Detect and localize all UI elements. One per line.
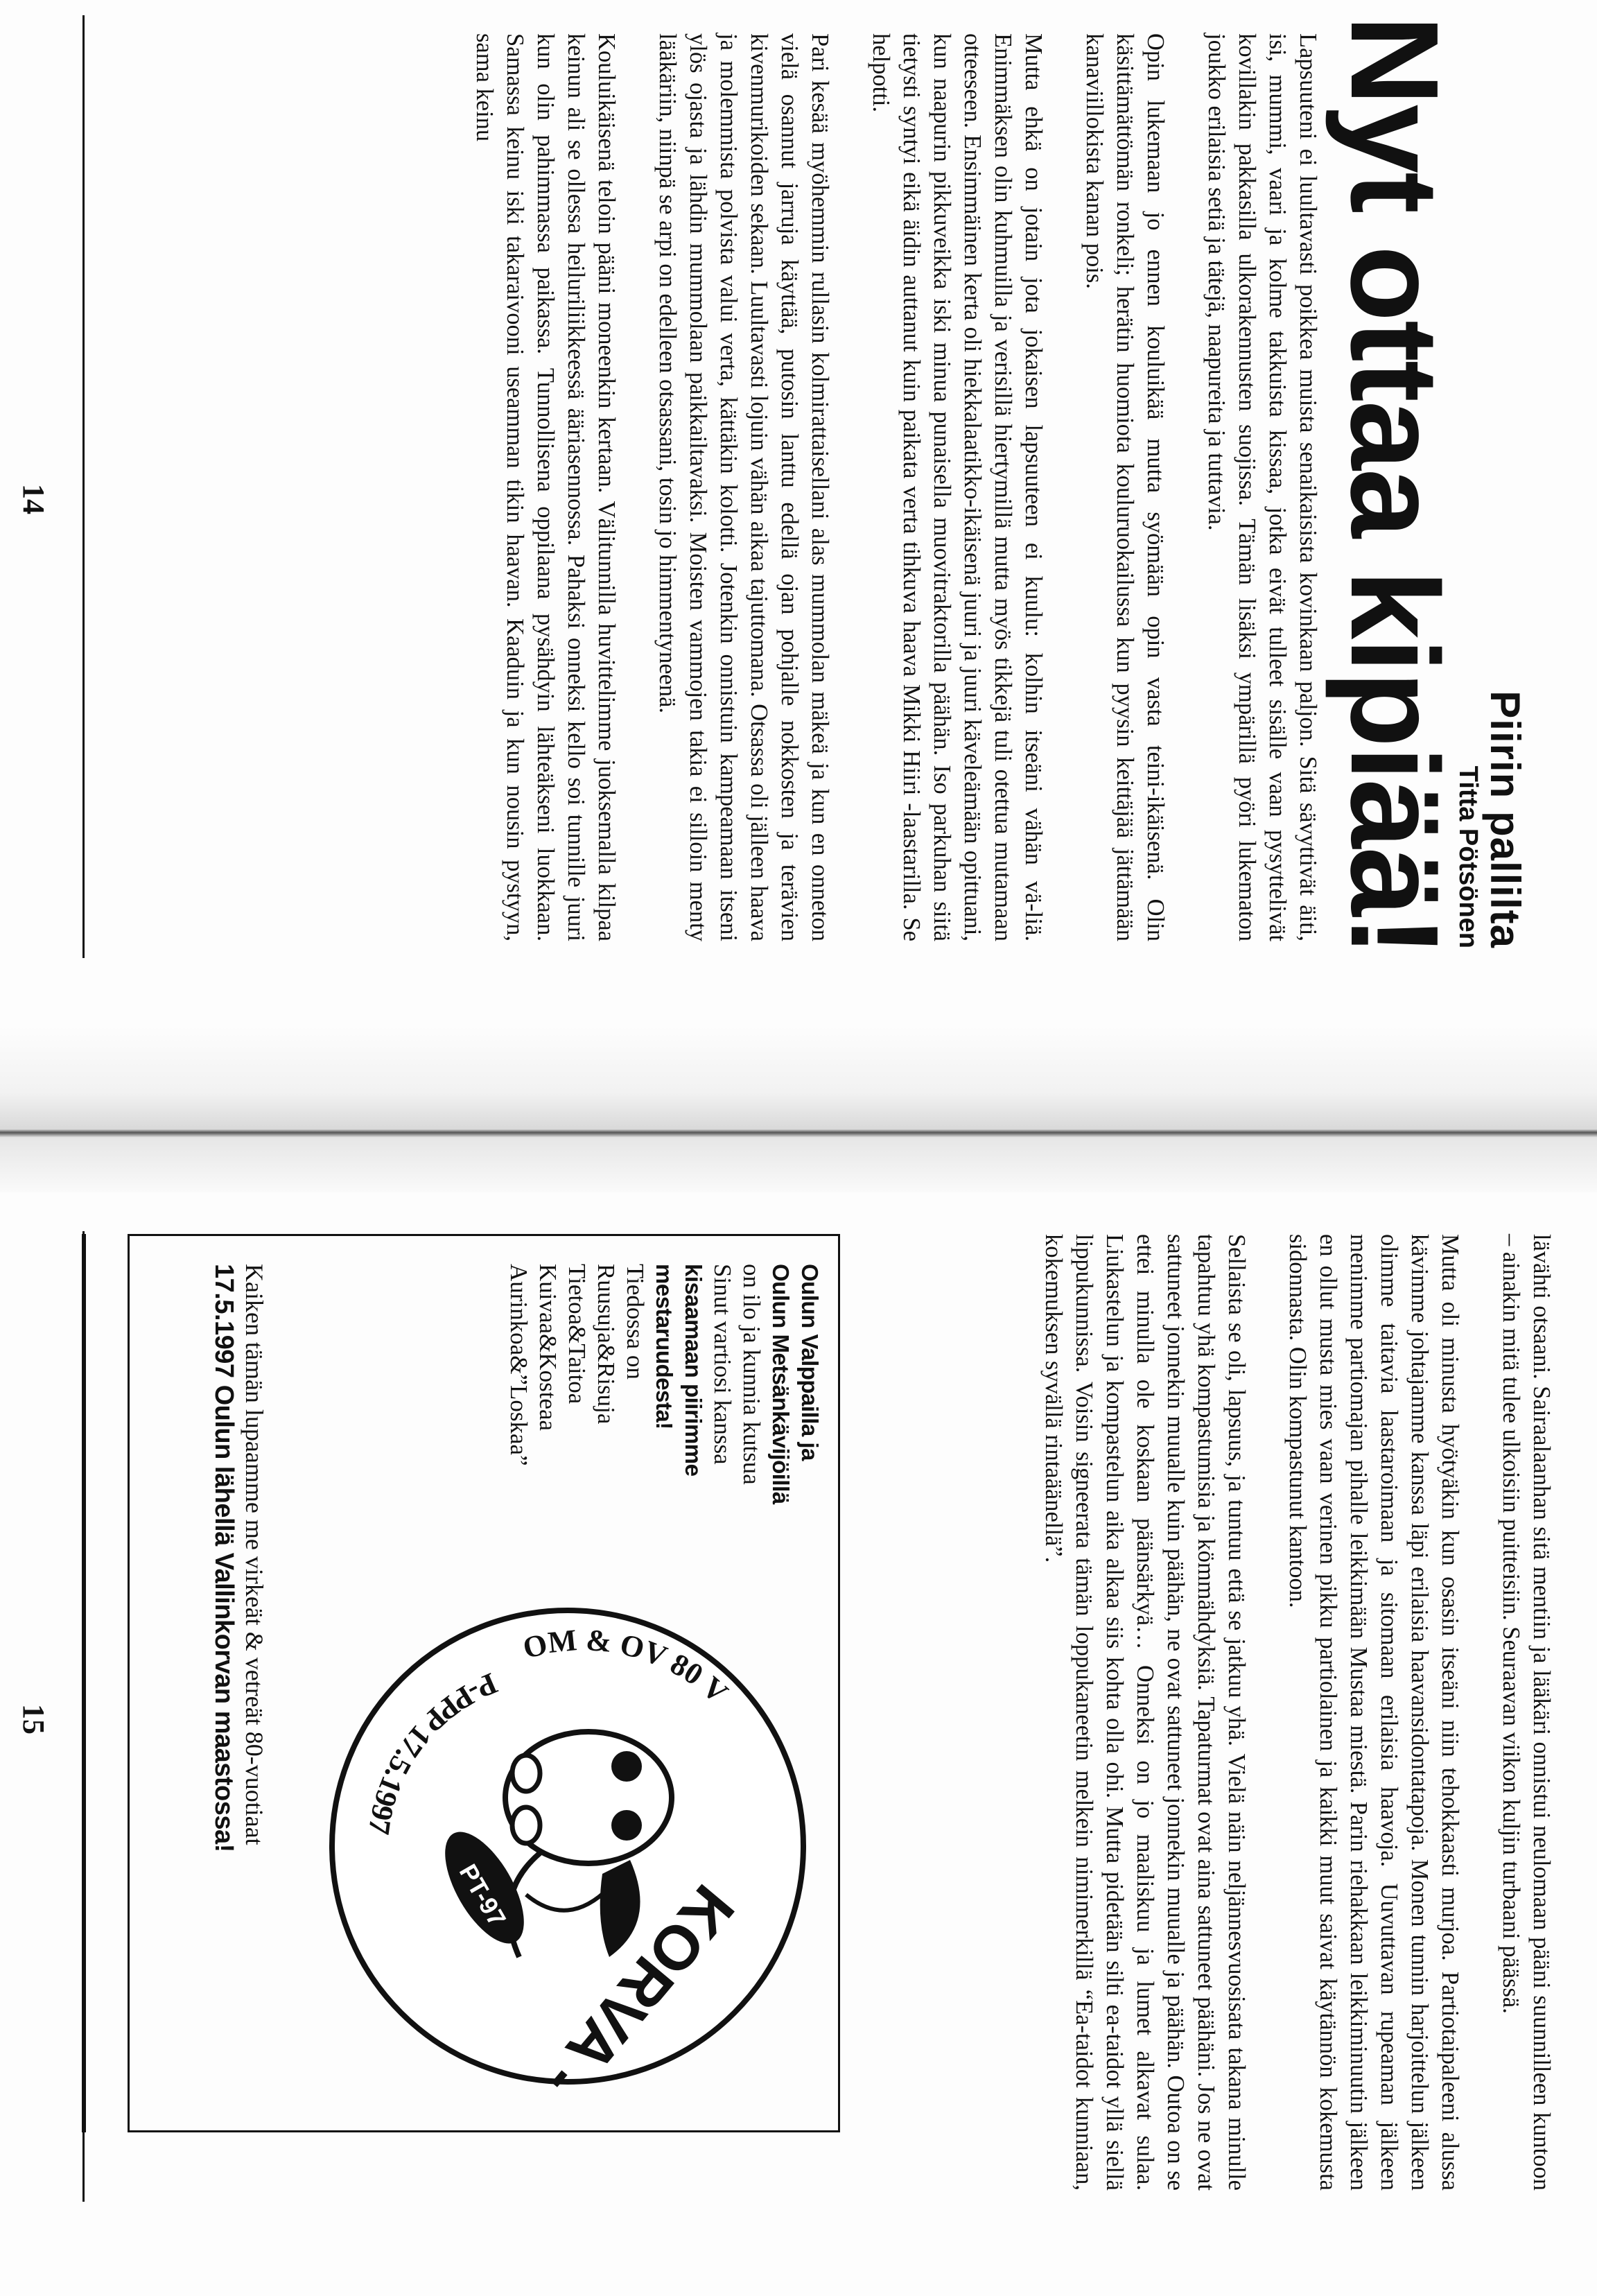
page-number: 14: [16, 0, 51, 998]
invite-line: Tiedossa on: [620, 1264, 649, 1583]
invite-line: Kuivaa&Kosteaa: [533, 1264, 562, 1583]
article-headline: Nyt ottaa kipiää!: [1335, 15, 1453, 1014]
page-14: Piirin pallilta Titta Pötsönen Nyt ottaa…: [0, 0, 1597, 1026]
paragraph: Sellaista se oli, lapsuus, ja tuntuu ett…: [1038, 1234, 1252, 2191]
invite-line: Oulun Valppailla ja: [795, 1264, 824, 1583]
paragraph: lävähti otsaani. Sairaalaanhan sitä ment…: [1496, 1234, 1557, 2191]
invite-line: Ruusuja&Risuja: [591, 1264, 620, 1583]
korva-97-badge-icon: OM & OV 80 V P-PPP 17.5.1997 PT-97 KORVA…: [318, 1597, 817, 2096]
invite-line: Oulun Metsänkävijöillä: [766, 1264, 795, 1583]
invite-line: mestaruudesta!: [649, 1264, 679, 1583]
invitation-footer: Kaiken tämän lupaamme me virkeät & vetre…: [209, 1264, 270, 2110]
invite-line: Tietoa&Taitoa: [562, 1264, 591, 1583]
magazine-spread: Piirin pallilta Titta Pötsönen Nyt ottaa…: [0, 0, 1597, 2296]
paragraph: Opin lukemaan jo ennen kouluikää mutta s…: [1079, 33, 1171, 941]
footer-rule: [82, 1231, 85, 2202]
article-body-page-15: lävähti otsaani. Sairaalaanhan sitä ment…: [1008, 1234, 1557, 2191]
footer-line: Kaiken tämän lupaamme me virkeät & vetre…: [239, 1264, 270, 2110]
invite-line: kisaamaan piirimme: [679, 1264, 708, 1583]
invitation-text: Oulun Valppailla ja Oulun Metsänkävijöil…: [504, 1264, 824, 1583]
page-fold-gutter: [0, 1026, 1597, 1192]
invite-line: on ilo ja kunnia kutsua: [737, 1264, 766, 1583]
paragraph: Lapsuuteni ei luultavasti poikkea muista…: [1201, 33, 1323, 941]
paragraph: Pari kesää myöhemmin rullasin kolmiratta…: [652, 33, 835, 941]
event-invitation-box: Oulun Valppailla ja Oulun Metsänkävijöil…: [128, 1234, 840, 2132]
paragraph: Kouluikäisenä teloin pääni moneenkin ker…: [469, 33, 622, 941]
invite-line: Aurinkoa&”Loskaa”: [504, 1264, 533, 1583]
page-15: lävähti otsaani. Sairaalaanhan sitä ment…: [0, 1192, 1597, 2296]
paragraph: Mutta ehkä on jotain jota jokaisen lapsu…: [866, 33, 1049, 941]
page-number: 15: [16, 1192, 51, 2246]
column-kicker: Piirin pallilta: [1481, 690, 1529, 948]
footer-date-location: 17.5.1997 Oulun lähellä Vallinkorvan maa…: [209, 1264, 239, 2110]
article-body-page-14: Lapsuuteni ei luultavasti poikkea muista…: [439, 33, 1323, 941]
paragraph: Mutta oli minusta hyötyäkin kun osasin i…: [1282, 1234, 1465, 2191]
invite-line: Sinut vartiosi kanssa: [708, 1264, 737, 1583]
footer-rule: [82, 15, 85, 958]
